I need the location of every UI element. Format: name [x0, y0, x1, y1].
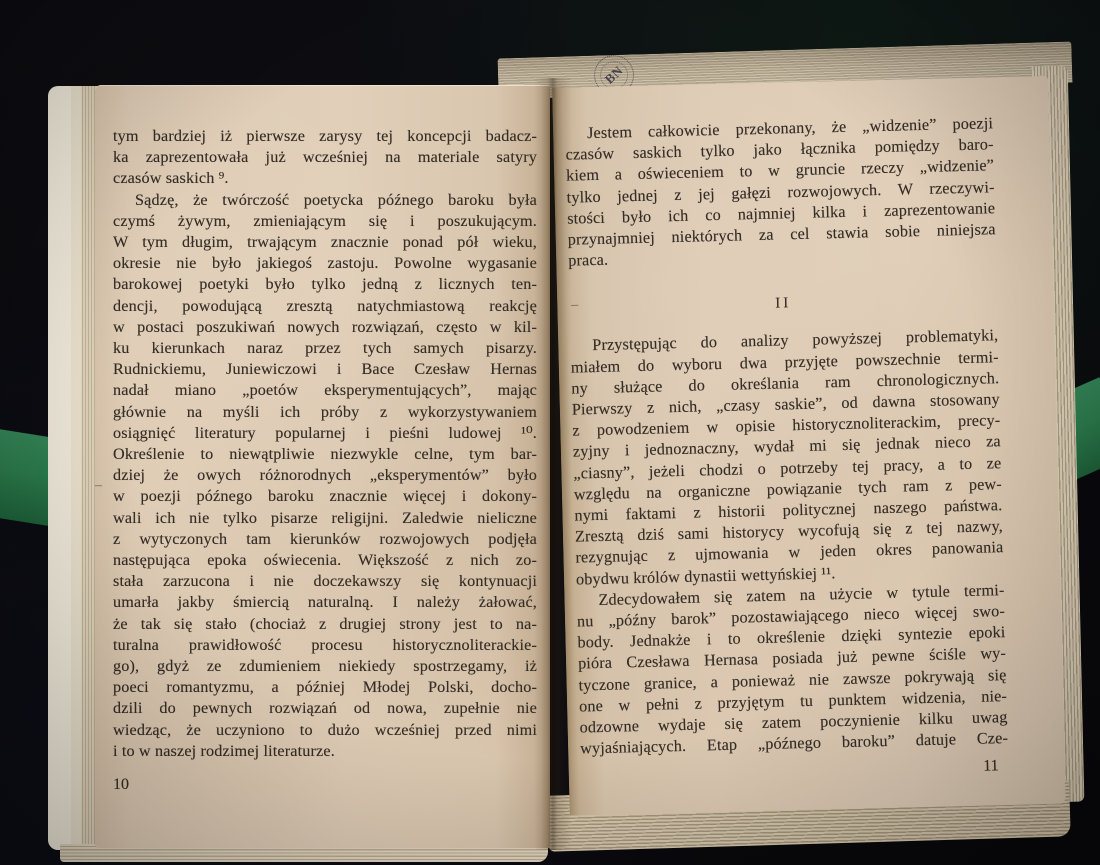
library-stamp-label: BN: [602, 63, 627, 88]
text-line: dencji, powodującą zresztą natychmiastow…: [113, 296, 537, 317]
paragraph: Jestem całkowicie przekonany, że „widzen…: [565, 113, 996, 272]
text-line: barokowej poetyki było tylko jedną z lic…: [113, 274, 537, 295]
text-line: wiedząc, że uczyniono to dużo wcześniej …: [113, 720, 537, 741]
text-line: że tak się stało (chociaż z drugiej stro…: [113, 614, 537, 635]
text-line: nadał miano „poetów eksperymentujących”,…: [113, 380, 537, 401]
page-left-text: tym bardziej iż pierwsze zarysy tej konc…: [113, 126, 537, 762]
text-line: Określenie to niewątpliwie niezwykle cel…: [113, 444, 537, 465]
text-line: w poezji późnego baroku znacznie więcej …: [113, 486, 537, 507]
text-line: następująca epoka oświecenia. Większość …: [113, 550, 537, 571]
text-line: go), gdyż ze zdumieniem niekiedy spostrz…: [113, 656, 537, 677]
page-left: tym bardziej iż pierwsze zarysy tej konc…: [95, 85, 550, 848]
paragraph: Sądzę, że twórczość poetycka późnego bar…: [113, 190, 537, 762]
pencil-margin-mark-right: –: [571, 297, 578, 313]
text-line: wali ich nie tylko pisarze religijni. Za…: [113, 508, 537, 529]
text-line: czymś żywym, zmieniającym się i poszukuj…: [113, 211, 537, 232]
text-line: dziej że owych różnorodnych „eksperyment…: [113, 465, 537, 486]
text-line: umarła jakby śmiercią naturalną. I należ…: [113, 592, 537, 613]
page-number-right: 11: [983, 757, 999, 775]
page-right: Jestem całkowicie przekonany, że „widzen…: [552, 76, 1066, 816]
paragraph: Przystępując do analizy powyższej proble…: [570, 326, 1004, 591]
text-line: osiągnięć literatury popularnej i pieśni…: [113, 423, 537, 444]
paragraph: tym bardziej iż pierwsze zarysy tej konc…: [113, 126, 537, 190]
text-line: Rudnickiemu, Juniewiczowi i Bace Czesław…: [113, 359, 537, 380]
text-line: Sądzę, że twórczość poetycka późnego bar…: [113, 190, 537, 211]
text-line: W tym długim, trwającym znacznie ponad p…: [113, 232, 537, 253]
text-line: turalna prawidłowość procesu historyczno…: [113, 635, 537, 656]
paragraph: Zdecydowałem się zatem na użycie w tytul…: [576, 580, 1008, 760]
chapter-heading: II: [569, 289, 997, 320]
text-line: okresie nie było jakiegoś zastoju. Powol…: [113, 253, 537, 274]
text-line: czasów saskich ⁹.: [113, 168, 537, 189]
text-line: i to w naszej rodzimej literaturze.: [113, 741, 537, 762]
text-line: dzili do pewnych rozwiązań od nowa, zupe…: [113, 698, 537, 719]
text-line: ka zaprezentowała już wcześniej na mater…: [113, 147, 537, 168]
text-line: ku kierunkach naraz przez tych samych pi…: [113, 338, 537, 359]
pencil-margin-mark-left: –: [95, 478, 102, 494]
page-right-text: Jestem całkowicie przekonany, że „widzen…: [565, 113, 1008, 760]
text-line: w postaci poszukiwań nowych rozwiązań, c…: [113, 317, 537, 338]
page-number-left: 10: [113, 776, 129, 794]
text-line: stała zarzucona i nie doczekawszy się ko…: [113, 571, 537, 592]
photo-scene: BN tym bardziej iż pierwsze zarysy tej k…: [0, 0, 1100, 865]
text-line: z wytyczonych tam kierunków rozwojowych …: [113, 529, 537, 550]
text-line: tym bardziej iż pierwsze zarysy tej konc…: [113, 126, 537, 147]
text-line: poeci romantyzmu, a później Młodej Polsk…: [113, 677, 537, 698]
text-line: głównie na myśli ich próby z wykorzystyw…: [113, 402, 537, 423]
